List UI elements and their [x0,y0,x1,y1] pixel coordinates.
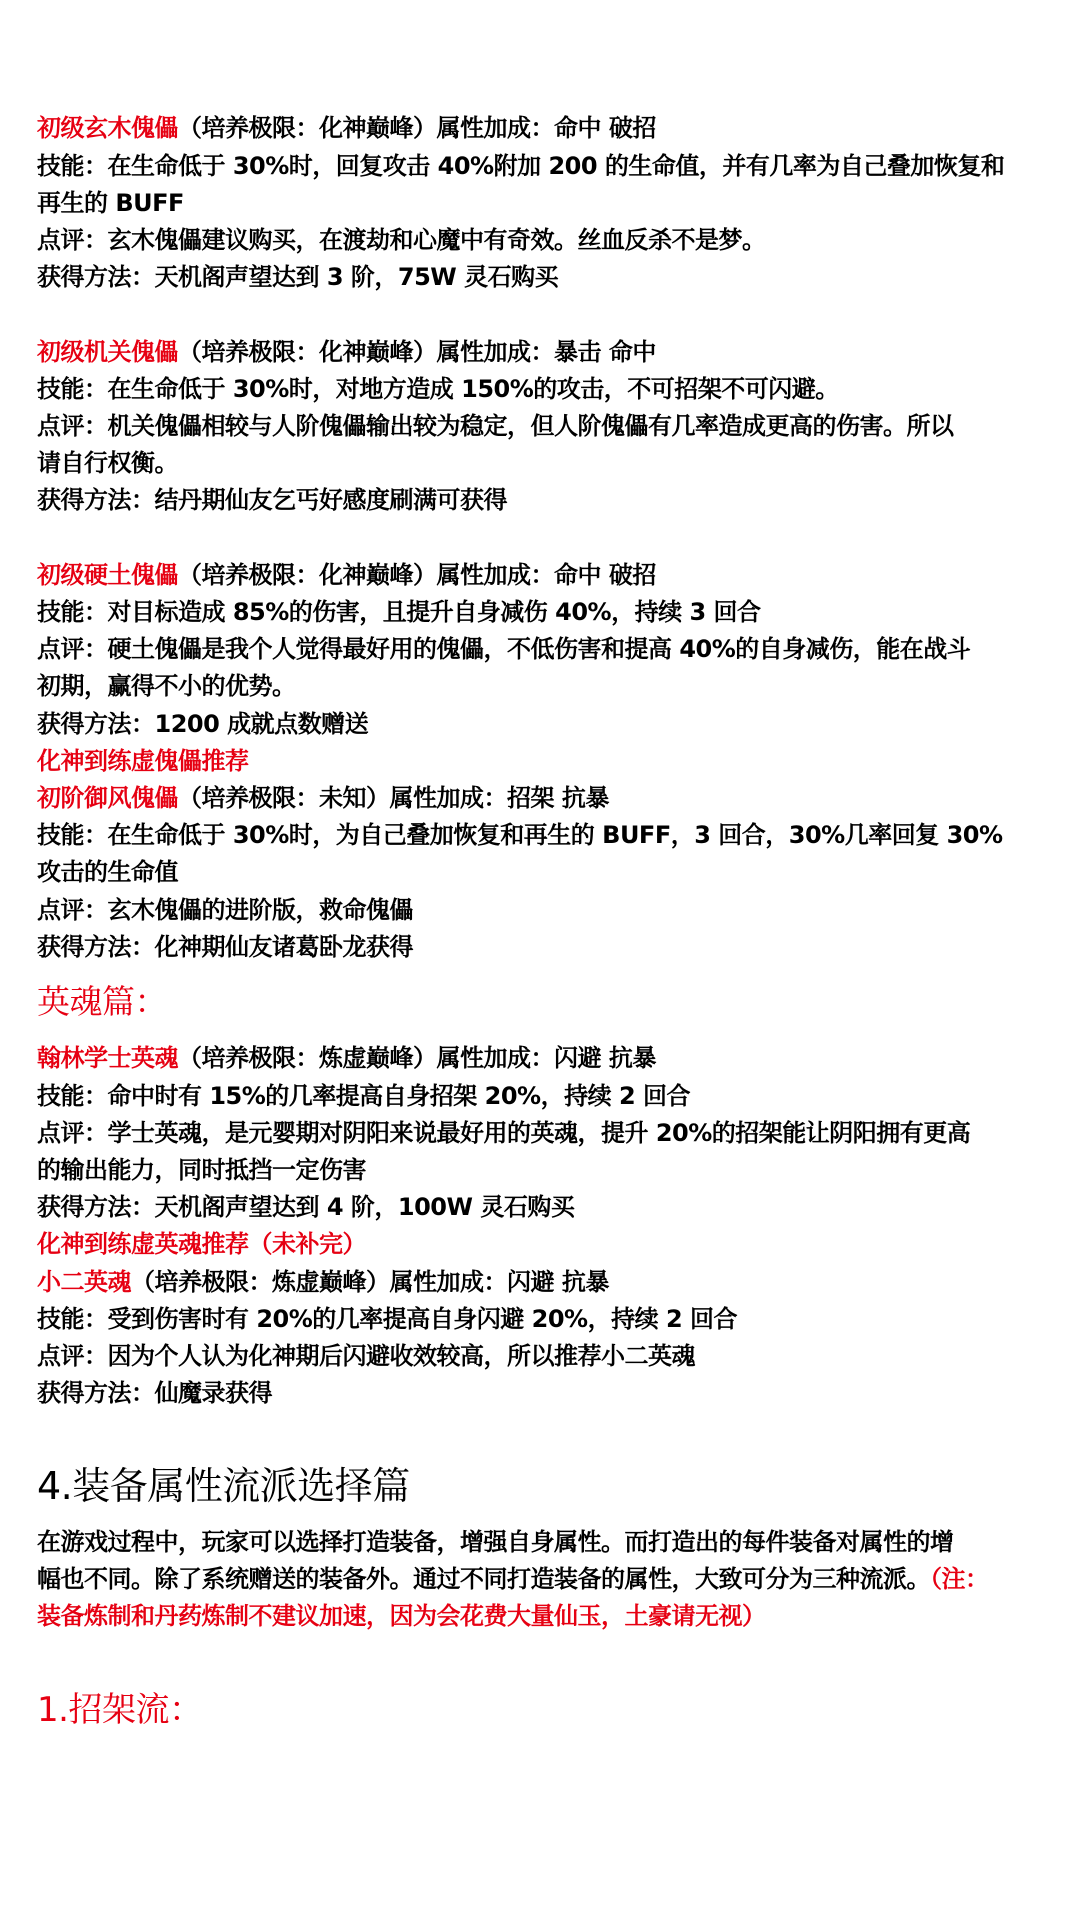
puppet-review-cont: 请自行权衡。 [37,448,178,478]
puppet-review: 点评：硬土傀儡是我个人觉得最好用的傀儡，不低伤害和提高 40%的自身减伤，能在战… [37,634,970,664]
puppet-obtain: 获得方法：天机阁声望达到 3 阶，75W 灵石购买 [37,262,558,292]
equip-paragraph-line: 幅也不同。除了系统赠送的装备外。通过不同打造装备的属性，大致可分为三种流派。（注… [37,1564,989,1594]
soul-header: 小二英魂（培养极限：炼虚巅峰）属性加成：闪避 抗暴 [37,1267,609,1297]
equip-paragraph-text: 幅也不同。除了系统赠送的装备外。通过不同打造装备的属性，大致可分为三种流派。 [37,1565,930,1593]
puppet-skill: 技能：对目标造成 85%的伤害，且提升自身减伤 40%，持续 3 回合 [37,597,761,627]
soul-obtain: 获得方法：天机阁声望达到 4 阶，100W 灵石购买 [37,1192,574,1222]
equip-note: 装备炼制和丹药炼制不建议加速，因为会花费大量仙玉，土豪请无视） [37,1601,766,1631]
parry-flow-title: 1.招架流： [37,1689,202,1731]
puppet-name: 初级玄木傀儡 [37,114,178,142]
soul-review: 点评：学士英魂，是元婴期对阴阳来说最好用的英魂，提升 20%的招架能让阴阳拥有更… [37,1118,970,1148]
puppet-attributes: （培养极限：化神巅峰）属性加成：命中 破招 [178,114,656,142]
soul-skill: 技能：命中时有 15%的几率提高自身招架 20%，持续 2 回合 [37,1081,690,1111]
soul-header: 翰林学士英魂（培养极限：炼虚巅峰）属性加成：闪避 抗暴 [37,1043,656,1073]
puppet-name: 初级硬土傀儡 [37,561,178,589]
soul-review: 点评：因为个人认为化神期后闪避收效较高，所以推荐小二英魂 [37,1341,695,1371]
soul-section-title: 英魂篇： [37,982,167,1022]
puppet-review: 点评：玄木傀儡建议购买，在渡劫和心魔中有奇效。丝血反杀不是梦。 [37,225,766,255]
equip-note-start: （注： [930,1565,989,1593]
soul-obtain: 获得方法：仙魔录获得 [37,1378,272,1408]
puppet-skill: 技能：在生命低于 30%时，为自己叠加恢复和再生的 BUFF，3 回合，30%几… [37,820,1003,850]
equip-paragraph-line: 在游戏过程中，玩家可以选择打造装备，增强自身属性。而打造出的每件装备对属性的增 [37,1527,954,1557]
equip-section-title: 4.装备属性流派选择篇 [37,1463,410,1509]
puppet-skill: 技能：在生命低于 30%时，回复攻击 40%附加 200 的生命值，并有几率为自… [37,151,1004,181]
soul-recommend-title: 化神到练虚英魂推荐（未补完） [37,1229,366,1259]
puppet-obtain: 获得方法：1200 成就点数赠送 [37,709,368,739]
puppet-name: 初阶御风傀儡 [37,784,178,812]
soul-review-cont: 的输出能力，同时抵挡一定伤害 [37,1155,366,1185]
puppet-obtain: 获得方法：化神期仙友诸葛卧龙获得 [37,932,413,962]
puppet-skill-cont: 攻击的生命值 [37,857,178,887]
soul-attributes: （培养极限：炼虚巅峰）属性加成：闪避 抗暴 [131,1268,609,1296]
puppet-review-cont: 初期，赢得不小的优势。 [37,671,296,701]
puppet-header: 初阶御风傀儡（培养极限：未知）属性加成：招架 抗暴 [37,783,609,813]
puppet-header: 初级机关傀儡（培养极限：化神巅峰）属性加成：暴击 命中 [37,337,656,367]
puppet-header: 初级硬土傀儡（培养极限：化神巅峰）属性加成：命中 破招 [37,560,656,590]
soul-attributes: （培养极限：炼虚巅峰）属性加成：闪避 抗暴 [178,1044,656,1072]
puppet-skill: 技能：在生命低于 30%时，对地方造成 150%的攻击，不可招架不可闪避。 [37,374,839,404]
puppet-header: 初级玄木傀儡（培养极限：化神巅峰）属性加成：命中 破招 [37,113,656,143]
puppet-skill-cont: 再生的 BUFF [37,188,184,218]
puppet-attributes: （培养极限：未知）属性加成：招架 抗暴 [178,784,609,812]
puppet-review: 点评：机关傀儡相较与人阶傀儡输出较为稳定，但人阶傀儡有几率造成更高的伤害。所以 [37,411,954,441]
soul-name: 翰林学士英魂 [37,1044,178,1072]
soul-name: 小二英魂 [37,1268,131,1296]
soul-skill: 技能：受到伤害时有 20%的几率提高自身闪避 20%，持续 2 回合 [37,1304,737,1334]
puppet-review: 点评：玄木傀儡的进阶版，救命傀儡 [37,895,413,925]
puppet-obtain: 获得方法：结丹期仙友乞丐好感度刷满可获得 [37,485,507,515]
puppet-attributes: （培养极限：化神巅峰）属性加成：暴击 命中 [178,338,656,366]
puppet-attributes: （培养极限：化神巅峰）属性加成：命中 破招 [178,561,656,589]
puppet-recommend-title: 化神到练虚傀儡推荐 [37,746,249,776]
puppet-name: 初级机关傀儡 [37,338,178,366]
